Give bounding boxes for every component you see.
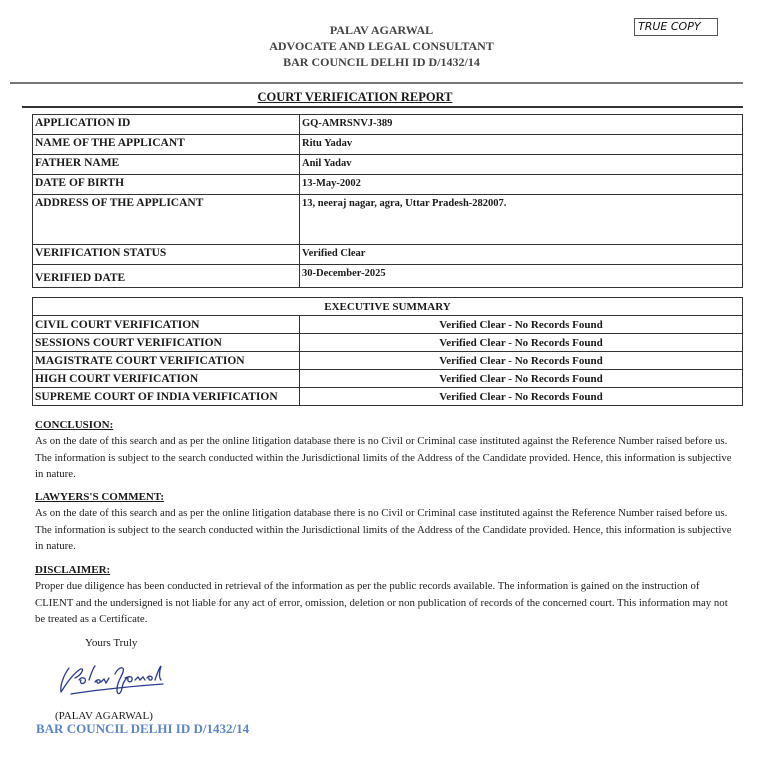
address-value: 13, neeraj nagar, agra, Uttar Pradesh-28… [300,195,743,245]
table-row: VERIFIED DATE 30-December-2025 [33,265,743,288]
application-id-value: GQ-AMRSNVJ-389 [300,115,743,135]
lawyers-comment-section: LAWYERS'S COMMENT: As on the date of thi… [35,490,735,555]
lawyers-comment-heading: LAWYERS'S COMMENT: [35,490,735,505]
advocate-title: ADVOCATE AND LEGAL CONSULTANT [0,38,763,54]
dob-label: DATE OF BIRTH [33,175,300,195]
table-row: HIGH COURT VERIFICATION Verified Clear -… [33,370,743,388]
conclusion-section: CONCLUSION: As on the date of this searc… [35,418,735,483]
closing-text: Yours Truly [85,637,137,649]
table-row: DATE OF BIRTH 13-May-2002 [33,175,743,195]
table-row: SUPREME COURT OF INDIA VERIFICATION Veri… [33,388,743,406]
sessions-court-value: Verified Clear - No Records Found [300,334,743,352]
application-id-label: APPLICATION ID [33,115,300,135]
table-row: MAGISTRATE COURT VERIFICATION Verified C… [33,352,743,370]
conclusion-body: As on the date of this search and as per… [35,433,735,483]
table-row: ADDRESS OF THE APPLICANT 13, neeraj naga… [33,195,743,245]
advocate-bar-id: BAR COUNCIL DELHI ID D/1432/14 [0,54,763,70]
applicant-name-value: Ritu Yadav [300,135,743,155]
father-name-label: FATHER NAME [33,155,300,175]
magistrate-court-label: MAGISTRATE COURT VERIFICATION [33,352,300,370]
civil-court-value: Verified Clear - No Records Found [300,316,743,334]
high-court-value: Verified Clear - No Records Found [300,370,743,388]
table-row: VERIFICATION STATUS Verified Clear [33,245,743,265]
table-row: APPLICATION ID GQ-AMRSNVJ-389 [33,115,743,135]
signature-icon [55,658,175,703]
title-divider [22,106,743,108]
true-copy-stamp: TRUE COPY [634,18,718,36]
father-name-value: Anil Yadav [300,155,743,175]
table-row: FATHER NAME Anil Yadav [33,155,743,175]
sessions-court-label: SESSIONS COURT VERIFICATION [33,334,300,352]
executive-summary-table: EXECUTIVE SUMMARY CIVIL COURT VERIFICATI… [32,297,743,406]
verified-date-label: VERIFIED DATE [33,265,300,288]
applicant-name-label: NAME OF THE APPLICANT [33,135,300,155]
applicant-details-table: APPLICATION ID GQ-AMRSNVJ-389 NAME OF TH… [32,114,743,288]
address-label: ADDRESS OF THE APPLICANT [33,195,300,245]
supreme-court-label: SUPREME COURT OF INDIA VERIFICATION [33,388,300,406]
magistrate-court-value: Verified Clear - No Records Found [300,352,743,370]
table-row: CIVIL COURT VERIFICATION Verified Clear … [33,316,743,334]
supreme-court-value: Verified Clear - No Records Found [300,388,743,406]
dob-value: 13-May-2002 [300,175,743,195]
table-row: EXECUTIVE SUMMARY [33,298,743,316]
disclaimer-body: Proper due diligence has been conducted … [35,578,735,628]
header-divider [10,82,743,84]
disclaimer-section: DISCLAIMER: Proper due diligence has bee… [35,563,735,628]
signatory-bar-id: BAR COUNCIL DELHI ID D/1432/14 [36,721,249,737]
verified-date-value: 30-December-2025 [300,265,743,288]
table-row: SESSIONS COURT VERIFICATION Verified Cle… [33,334,743,352]
lawyers-comment-body: As on the date of this search and as per… [35,505,735,555]
verification-status-label: VERIFICATION STATUS [33,245,300,265]
executive-summary-heading: EXECUTIVE SUMMARY [33,298,743,316]
table-row: NAME OF THE APPLICANT Ritu Yadav [33,135,743,155]
conclusion-heading: CONCLUSION: [35,418,735,433]
civil-court-label: CIVIL COURT VERIFICATION [33,316,300,334]
disclaimer-heading: DISCLAIMER: [35,563,735,578]
high-court-label: HIGH COURT VERIFICATION [33,370,300,388]
report-title: COURT VERIFICATION REPORT [0,90,710,105]
verification-status-value: Verified Clear [300,245,743,265]
